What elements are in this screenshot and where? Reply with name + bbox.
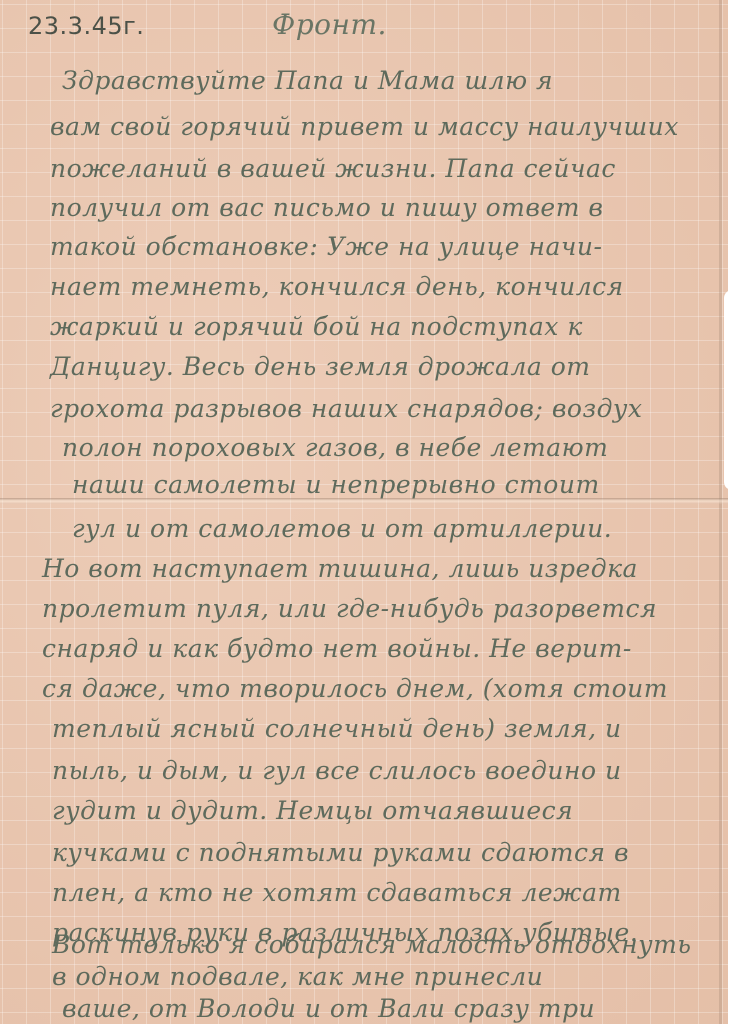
letter-line: плен, а кто не хотят сдаваться лежат: [52, 878, 622, 907]
letter-line: получил от вас письмо и пишу ответ в: [50, 193, 603, 222]
letter-line: Но вот наступает тишина, лишь изредка: [42, 554, 638, 583]
letter-line: ваше, от Володи и от Вали сразу три: [62, 994, 595, 1023]
letter-line: жаркий и горячий бой на подступах к: [50, 312, 583, 341]
letter-line: пожеланий в вашей жизни. Папа сейчас: [50, 154, 616, 183]
letter-line: пролетит пуля, или где-нибудь разорвется: [42, 594, 657, 623]
letter-line: наши самолеты и непрерывно стоит: [72, 470, 600, 499]
letter-line: гул и от самолетов и от артиллерии.: [72, 514, 612, 543]
letter-line: Данцигу. Весь день земля дрожала от: [50, 352, 591, 381]
letter-sheet: 23.3.45г. Фронт. Здравствуйте Папа и Мам…: [0, 0, 728, 1024]
torn-edge: [724, 290, 734, 490]
letter-date: 23.3.45г.: [28, 12, 144, 40]
letter-line: гудит и дудит. Немцы отчаявшиеся: [52, 796, 573, 825]
letter-line: в одном подвале, как мне принесли: [52, 962, 543, 991]
letter-line: полон пороховых газов, в небе летают: [62, 433, 608, 462]
letter-line: Здравствуйте Папа и Мама шлю я: [62, 66, 553, 95]
letter-line: теплый ясный солнечный день) земля, и: [52, 714, 622, 743]
letter-line: Вот только я собирался малость отдохнуть: [52, 930, 691, 959]
letter-heading: Фронт.: [272, 8, 387, 41]
letter-line: ся даже, что творилось днем, (хотя стоит: [42, 674, 668, 703]
letter-line: кучками с поднятыми руками сдаются в: [52, 838, 629, 867]
letter-line: нает темнеть, кончился день, кончился: [50, 272, 624, 301]
paper-edge: [719, 0, 722, 1024]
letter-line: грохота разрывов наших снарядов; воздух: [50, 394, 643, 423]
letter-line: снаряд и как будто нет войны. Не верит-: [42, 634, 632, 663]
letter-line: такой обстановке: Уже на улице начи-: [50, 232, 602, 261]
letter-line: вам свой горячий привет и массу наилучши…: [50, 112, 679, 141]
letter-line: пыль, и дым, и гул все слилось воедино и: [52, 756, 622, 785]
